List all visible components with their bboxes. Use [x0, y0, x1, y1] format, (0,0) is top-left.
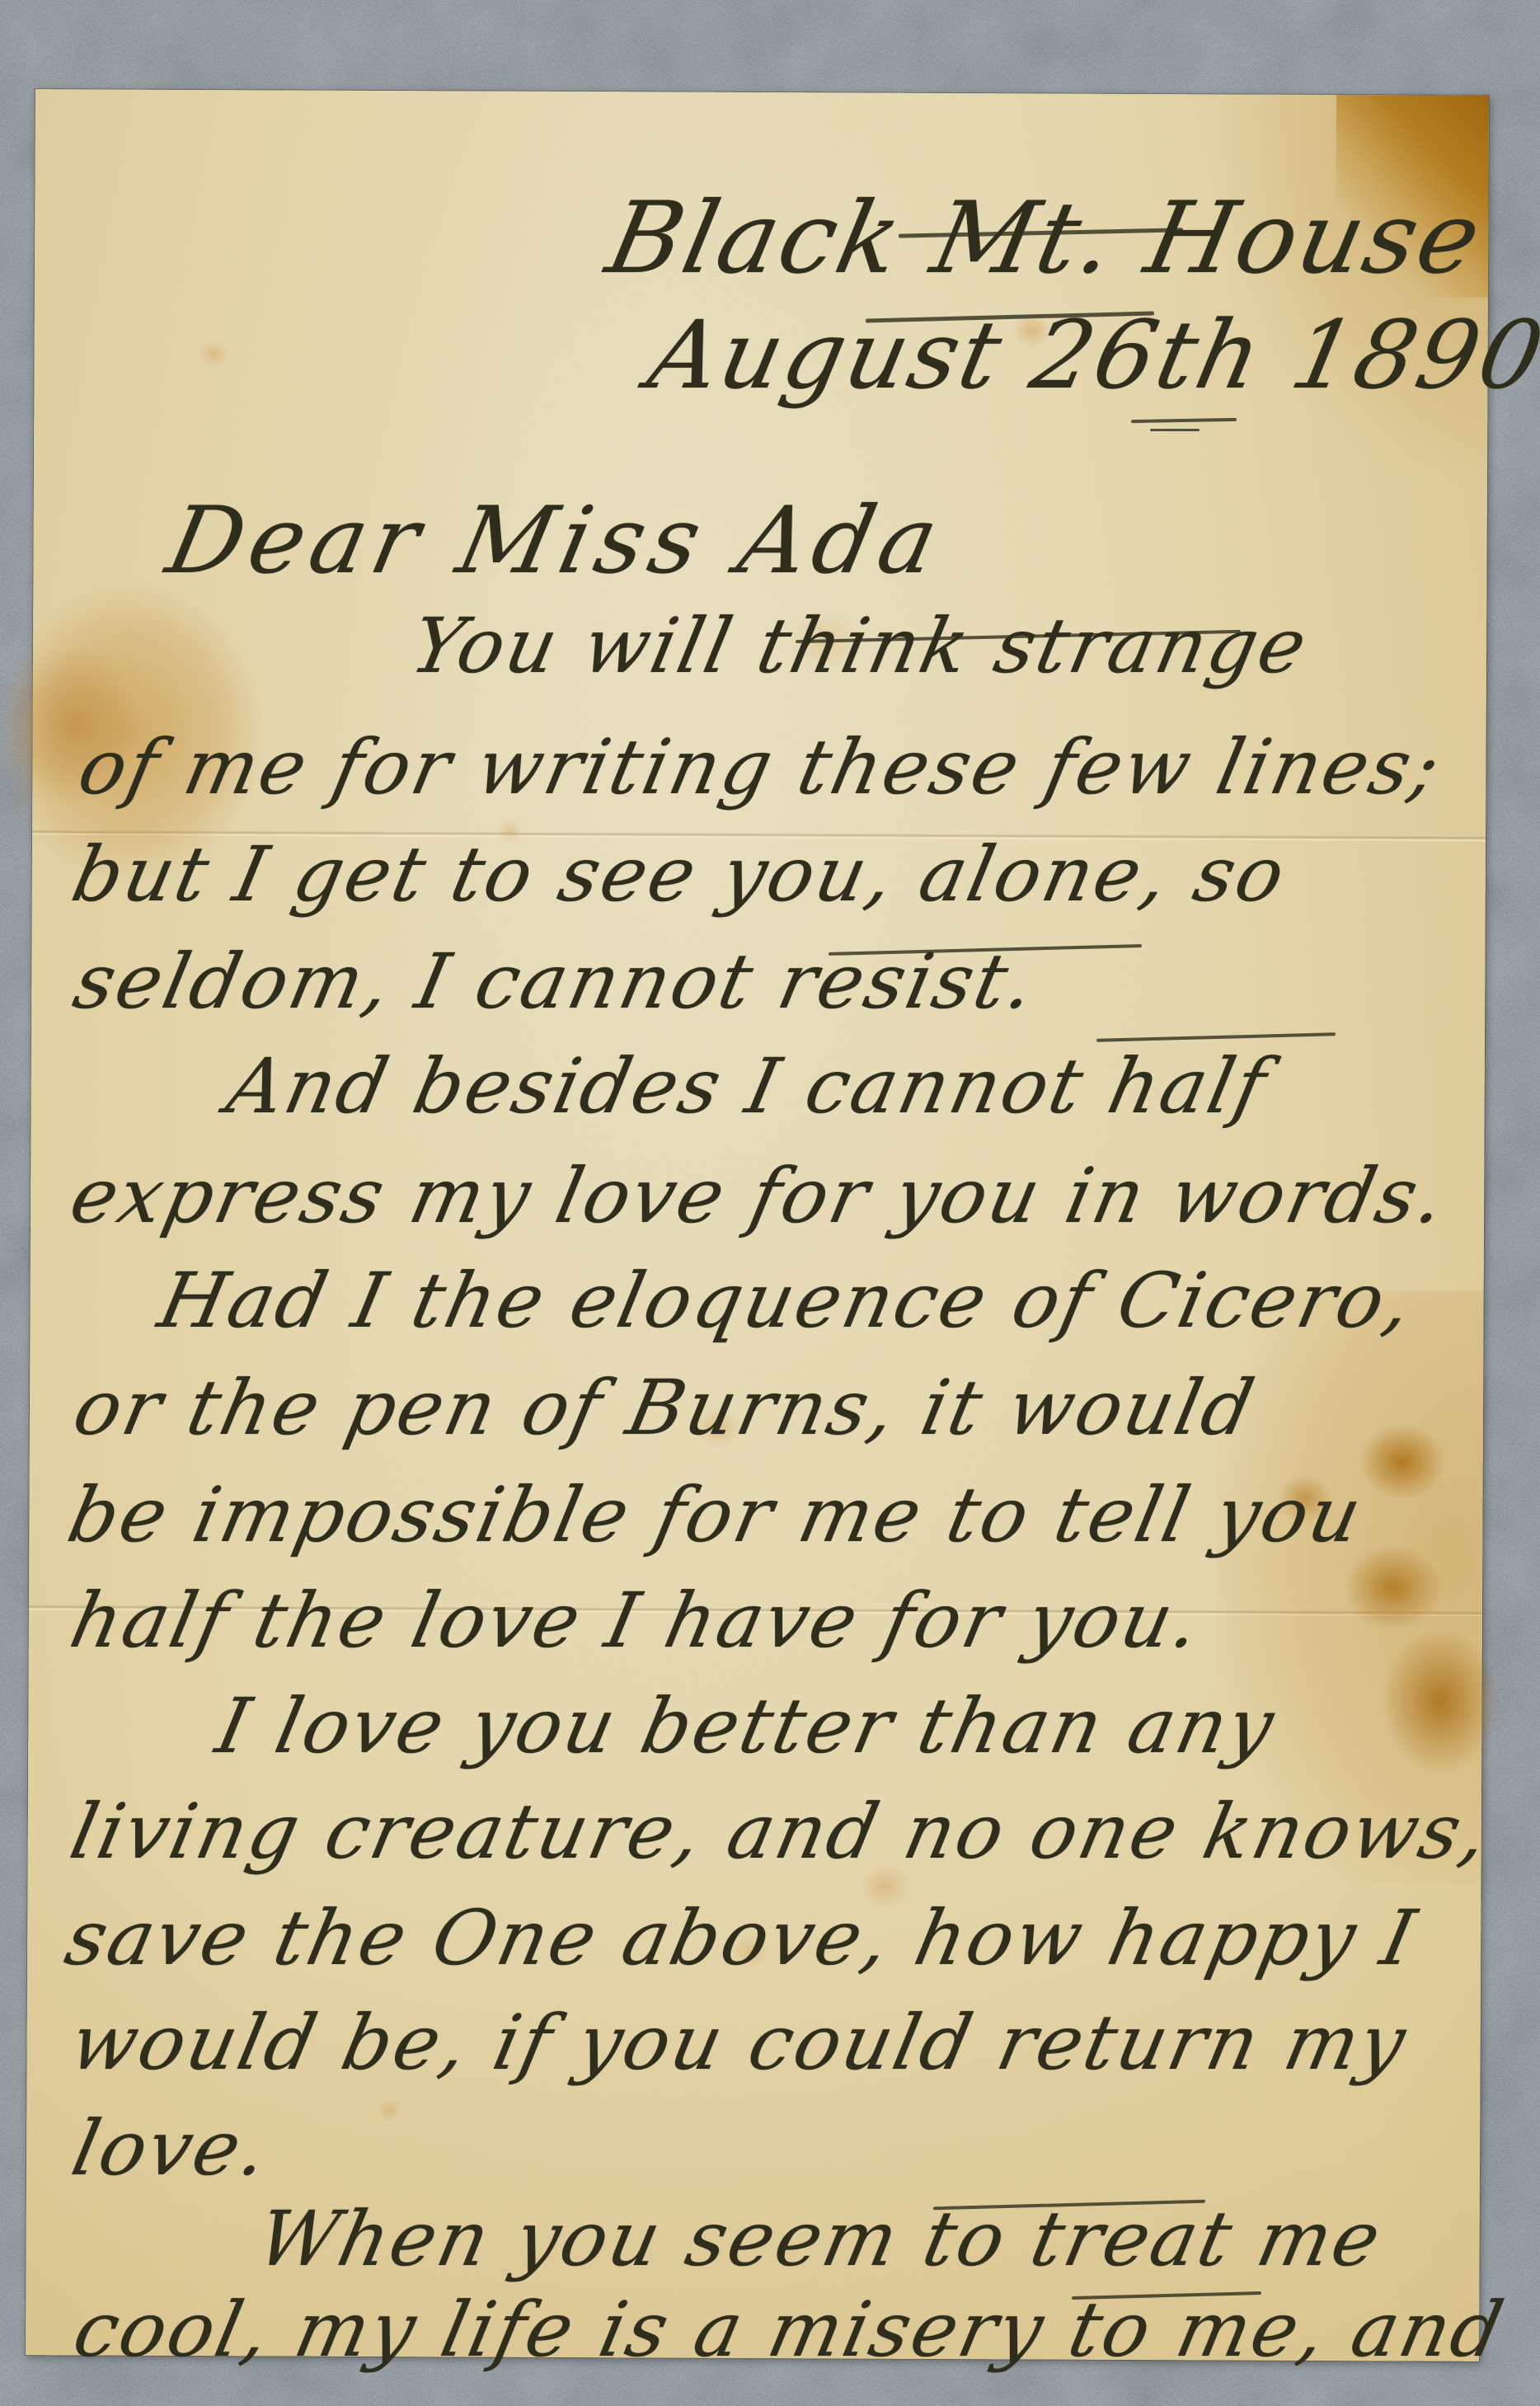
scanned-letter-page: Black Mt. HouseAugust 26th 1890.Dear Mis…: [0, 0, 1540, 2406]
paper-grain-texture: [26, 89, 1489, 2361]
letter-paper: [26, 89, 1489, 2361]
pen-flourish-date-underline-2: [1150, 429, 1200, 431]
